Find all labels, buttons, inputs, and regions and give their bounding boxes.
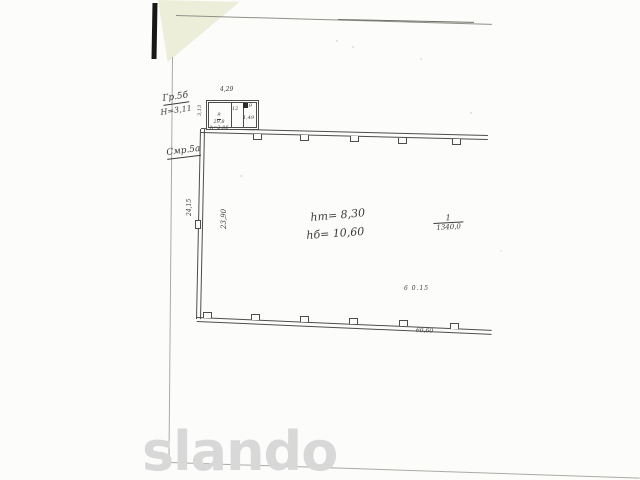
folded-corner xyxy=(155,0,245,64)
column-mark xyxy=(452,139,461,145)
scanned-floor-plan-page: slando 4,29 3,13 9 29,8 h=2,86 12 4,9 1,… xyxy=(0,0,640,480)
spot-elevation-note: 6 0.15 xyxy=(404,286,429,292)
hall-height-note-2: hб= 10,60 xyxy=(306,226,365,242)
column-mark xyxy=(300,135,309,141)
column-mark xyxy=(251,314,260,320)
left-outer-dimension: 24,15 xyxy=(187,199,193,216)
annex-width-dim: 4,29 xyxy=(220,87,233,93)
annex-small-room-number: 4,9 xyxy=(244,104,252,109)
column-mark xyxy=(450,323,459,329)
room-number-area-fraction: 1 1340,0 xyxy=(433,213,464,232)
scan-edge-bar xyxy=(152,3,158,59)
page-top-line xyxy=(176,15,492,25)
annex-side-dim: 3,13 xyxy=(198,105,203,116)
column-mark xyxy=(300,316,309,322)
hall-height-note-1: hm= 8,30 xyxy=(310,207,366,223)
column-mark xyxy=(398,138,407,144)
annex-mid-room-number: 12 xyxy=(232,107,238,112)
watermark-text: slando xyxy=(142,420,337,480)
scan-noise-specks xyxy=(0,0,2,2)
left-inner-dimension: 23,90 xyxy=(221,209,228,229)
column-mark xyxy=(349,318,358,324)
annex-room-height: h=2,86 xyxy=(210,126,228,131)
site-height-label: Н=3,11 xyxy=(160,105,192,118)
annex-small-room-area: 1,49 xyxy=(243,116,254,121)
column-mark xyxy=(399,320,408,326)
column-mark xyxy=(253,134,262,140)
adjacent-site-label: Смр.5а xyxy=(166,145,201,161)
sheet-left-edge xyxy=(168,57,173,462)
left-wall-door-mark xyxy=(195,220,201,229)
annex-room-tag: 9 29,8 h=2,86 xyxy=(210,101,228,131)
column-mark xyxy=(203,312,212,318)
column-mark xyxy=(350,136,359,142)
hall-bottom-wall xyxy=(197,317,492,335)
room-area: 1340,0 xyxy=(433,222,463,232)
bottom-dimension: 60,60 xyxy=(416,328,433,335)
